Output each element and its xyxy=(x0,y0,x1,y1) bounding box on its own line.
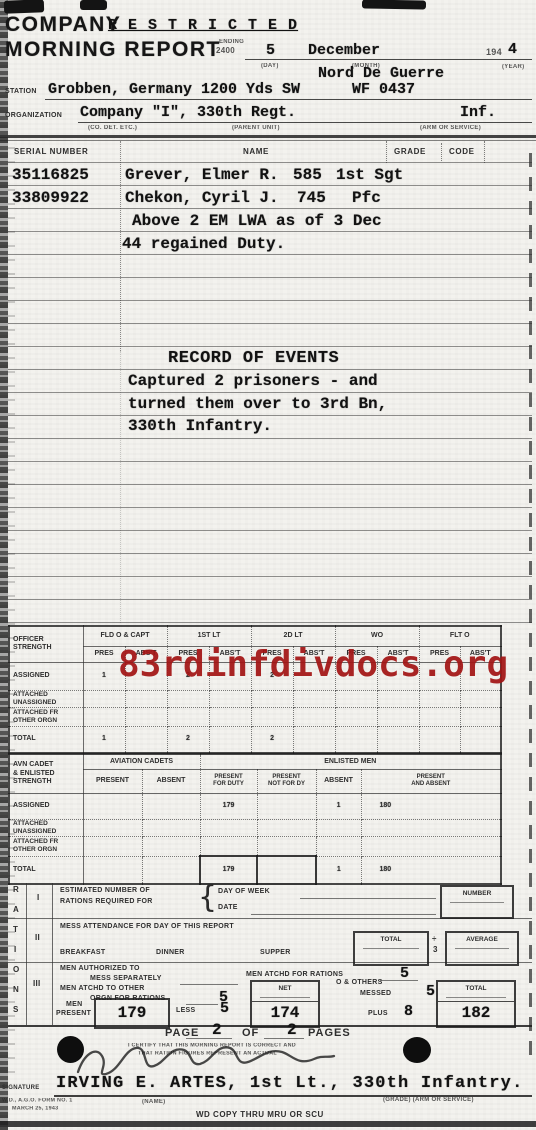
day-of-week-blank xyxy=(300,898,436,899)
supper-label: SUPPER xyxy=(260,949,291,956)
number-box: NUMBER xyxy=(440,885,514,919)
col-header-grade: GRADE xyxy=(394,147,426,156)
parent-unit-caption: (PARENT UNIT) xyxy=(232,125,280,131)
col-header-serial: SERIAL NUMBER xyxy=(14,147,88,156)
group-2d-lt: 2D LT xyxy=(251,626,335,646)
men-atchd-rations-value: 5 xyxy=(400,965,409,982)
row-label-attached-fr-other: ATTACHED FR OTHER ORGN xyxy=(9,836,83,856)
row-label-assigned: ASSIGNED xyxy=(9,662,83,690)
row-label-attached-fr-other: ATTACHED FR OTHER ORGN xyxy=(9,707,83,726)
form-title-company: COMPANY xyxy=(5,13,121,37)
cadets-present-header: PRESENT xyxy=(83,769,142,793)
grade-arm-caption: (GRADE) (ARM OR SERVICE) xyxy=(383,1097,474,1103)
net-box: NET 174 xyxy=(250,980,320,1028)
officers-total-1lt-pres: 2 xyxy=(167,726,209,753)
scan-edge-left xyxy=(0,0,8,1130)
report-day-value: 5 xyxy=(266,42,275,59)
group-aviation-cadets: AVIATION CADETS xyxy=(83,754,200,769)
ending-label: ENDING xyxy=(219,39,244,45)
record-of-events-title: RECORD OF EVENTS xyxy=(168,349,339,368)
soldier-name: Grever, Elmer R. xyxy=(125,166,279,184)
date-underline xyxy=(245,59,532,60)
em-present-for-duty-header: PRESENT FOR DUTY xyxy=(200,769,257,793)
branch-value: Inf. xyxy=(460,104,496,121)
form-number-line2: MARCH 25, 1943 xyxy=(12,1106,58,1111)
events-line3: 330th Infantry. xyxy=(128,417,272,435)
group-fld-o-capt: FLD O & CAPT xyxy=(83,626,167,646)
men-atchd-other-blank xyxy=(186,1004,218,1005)
divide-sign: ÷ xyxy=(432,934,437,943)
rations-numeral-column: I II III xyxy=(26,883,53,1025)
ink-blob xyxy=(362,0,426,10)
morning-report-page: COMPANY R E S T R I C T E D MORNING REPO… xyxy=(0,0,536,1130)
roster-note-line1: Above 2 EM LWA as of 3 Dec xyxy=(132,212,382,230)
rations-numeral-i: I xyxy=(37,893,40,902)
soldier-serial: 35116825 xyxy=(12,166,89,184)
men-atchd-rations-label: MEN ATCHD FOR RATIONS xyxy=(246,971,343,978)
signature-label: SIGNATURE xyxy=(2,1085,40,1091)
men-authorized-label2: MESS SEPARATELY xyxy=(90,975,162,982)
enlisted-assigned-pa: 180 xyxy=(361,793,501,819)
plus-label: PLUS xyxy=(368,1010,388,1017)
enlisted-strength-header: AVN CADET & ENLISTED STRENGTH xyxy=(9,754,83,793)
dinner-label: DINNER xyxy=(156,949,185,956)
rations-numeral-iii: III xyxy=(33,979,41,988)
form-title-morning-report: MORNING REPORT xyxy=(5,38,221,62)
hole-punch-right xyxy=(403,1037,431,1063)
scan-edge-bottom xyxy=(0,1121,536,1127)
organization-label: ORGANIZATION xyxy=(5,112,62,119)
handwritten-signature xyxy=(70,1034,350,1084)
report-year-value: 4 xyxy=(508,41,517,58)
cadets-absent-header: ABSENT xyxy=(142,769,200,793)
men-present-box: 179 xyxy=(94,998,170,1029)
estimated-rations-label2: RATIONS REQUIRED FOR xyxy=(60,898,153,905)
day-of-week-label: DAY OF WEEK xyxy=(218,888,270,895)
em-present-and-absent-header: PRESENT AND ABSENT xyxy=(361,769,501,793)
mess-total-box: TOTAL xyxy=(353,931,429,966)
soldier-grade: 1st Sgt xyxy=(336,166,403,184)
roster-column-divider xyxy=(120,141,121,351)
soldier-name: Chekon, Cyril J. xyxy=(125,189,279,207)
row-label-attached-unassigned: ATTACHED UNASSIGNED xyxy=(9,819,83,836)
co-det-caption: (CO. DET. ETC.) xyxy=(88,125,137,131)
soldier-serial: 33809922 xyxy=(12,189,89,207)
events-line2: turned them over to 3rd Bn, xyxy=(128,395,387,413)
group-enlisted-men: ENLISTED MEN xyxy=(200,754,501,769)
breakfast-label: BREAKFAST xyxy=(60,949,105,956)
enlisted-total-absent: 1 xyxy=(316,856,361,884)
station-underline xyxy=(45,99,532,100)
less-value: 5 xyxy=(220,1000,229,1017)
average-box: AVERAGE xyxy=(445,931,519,966)
station-value: Grobben, Germany 1200 Yds SW xyxy=(48,81,300,98)
men-present-value: 179 xyxy=(96,1004,168,1022)
events-line1: Captured 2 prisoners - and xyxy=(128,372,378,390)
men-atchd-rations-blank xyxy=(380,980,418,981)
organization-value: Company "I", 330th Regt. xyxy=(80,104,296,121)
col-header-code: CODE xyxy=(449,147,475,156)
row-label-total: TOTAL xyxy=(9,856,83,884)
em-absent-header: ABSENT xyxy=(316,769,361,793)
enlisted-assigned-pfd: 179 xyxy=(200,793,257,819)
station-label: STATION xyxy=(5,88,37,95)
divide-by-three: 3 xyxy=(433,945,438,954)
section-divider-heavy xyxy=(0,135,536,138)
group-wo: WO xyxy=(335,626,419,646)
officer-strength-header: OFFICER STRENGTH xyxy=(9,626,83,662)
year-printed: 194 xyxy=(486,47,502,57)
ink-blob xyxy=(4,0,44,14)
rations-vertical-label-column: R A T I O N S xyxy=(8,883,27,1025)
brace-glyph: { xyxy=(198,880,217,915)
soldier-grade: Pfc xyxy=(352,189,381,207)
enlisted-strength-table: AVN CADET & ENLISTED STRENGTH AVIATION C… xyxy=(8,753,502,885)
o-and-others-label1: O & OTHERS xyxy=(336,979,383,986)
copy-routing-note: WD COPY THRU MRU OR SCU xyxy=(196,1110,324,1119)
plus-value: 8 xyxy=(404,1003,413,1020)
date-blank xyxy=(251,914,436,915)
classification-stamp: R E S T R I C T E D xyxy=(108,17,298,34)
events-column-divider xyxy=(120,351,121,623)
men-present-label1: MEN xyxy=(66,1001,82,1008)
mess-separately-blank xyxy=(180,984,238,985)
row-label-total: TOTAL xyxy=(9,726,83,753)
men-atchd-other-label1: MEN ATCHD TO OTHER xyxy=(60,985,145,992)
row-label-assigned: ASSIGNED xyxy=(9,793,83,819)
row-label-attached-unassigned: ATTACHED UNASSIGNED xyxy=(9,690,83,707)
grade-column-divider xyxy=(386,141,387,163)
officers-total-fld-pres: 1 xyxy=(83,726,125,753)
estimated-rations-label1: ESTIMATED NUMBER OF xyxy=(60,887,150,894)
name-caption: (NAME) xyxy=(142,1099,165,1105)
enlisted-total-pa: 180 xyxy=(361,856,501,884)
net-value: 174 xyxy=(252,1004,318,1022)
em-present-not-for-duty-header: PRESENT NOT FOR DY xyxy=(257,769,316,793)
men-authorized-label1: MEN AUTHORIZED TO xyxy=(60,965,140,972)
enlisted-assigned-absent: 1 xyxy=(316,793,361,819)
less-label: LESS xyxy=(176,1007,195,1014)
roster-right-divider xyxy=(484,141,485,163)
report-month-value: December xyxy=(308,42,380,59)
rations-section: R A T I O N S I II III ESTIMATED NUMBER … xyxy=(8,883,532,1027)
ink-blob xyxy=(80,0,107,10)
coordinates-value: WF 0437 xyxy=(352,81,415,98)
year-caption: (YEAR) xyxy=(502,64,524,70)
rations-total-box: TOTAL 182 xyxy=(436,980,516,1028)
rations-total-value: 182 xyxy=(438,1004,514,1022)
code-column-divider xyxy=(441,143,442,161)
roster-note-line2: 44 regained Duty. xyxy=(122,235,285,253)
organization-underline xyxy=(78,122,532,123)
rations-numeral-ii: II xyxy=(35,933,40,942)
soldier-code: 585 xyxy=(293,166,322,184)
form-number-line1: W.D., A.G.O. FORM NO. 1 xyxy=(2,1098,73,1103)
mess-attendance-label: MESS ATTENDANCE FOR DAY OF THIS REPORT xyxy=(60,923,234,930)
o-and-others-value: 5 xyxy=(426,983,435,1000)
group-flt-o: FLT O xyxy=(419,626,501,646)
officers-total-2lt-pres: 2 xyxy=(251,726,293,753)
o-and-others-label2: MESSED xyxy=(360,990,391,997)
men-present-label2: PRESENT xyxy=(56,1010,91,1017)
grid-system-value: Nord De Guerre xyxy=(318,65,444,82)
ending-time: 2400 xyxy=(216,46,235,55)
col-header-name: NAME xyxy=(243,147,269,156)
day-caption: (DAY) xyxy=(261,63,279,69)
soldier-code: 745 xyxy=(297,189,326,207)
archive-watermark: 83rdinfdivdocs.org xyxy=(118,644,508,685)
arm-service-caption: (ARM OR SERVICE) xyxy=(420,125,481,131)
date-label: DATE xyxy=(218,904,238,911)
group-1st-lt: 1ST LT xyxy=(167,626,251,646)
